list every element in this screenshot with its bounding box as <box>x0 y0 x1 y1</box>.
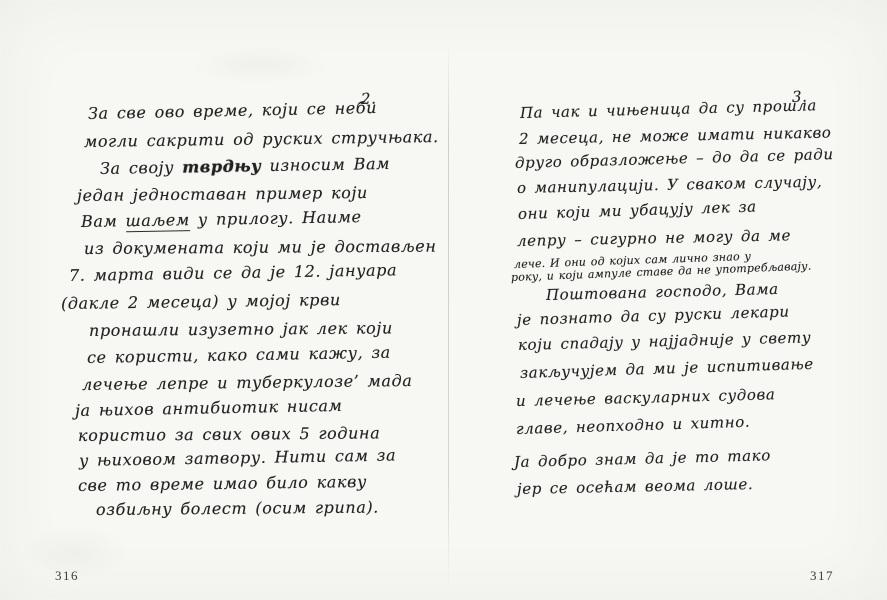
handwritten-line: о манипулацији. У сваком случају, <box>517 173 823 197</box>
handwritten-line: све то време имао било какву <box>78 472 367 495</box>
handwritten-line: користио за свих ових 5 година <box>78 423 380 445</box>
overwritten-word: тврдњу <box>182 156 261 176</box>
handwritten-line: За своју тврдњу износим Вам <box>100 154 390 178</box>
handwritten-line: 7. марта види се да је 12. јануара <box>69 260 398 285</box>
handwritten-line: главе, неопходно и хитно. <box>516 413 751 438</box>
handwritten-line: закључујем да ми је испитивање <box>520 355 814 382</box>
handwritten-line: пронашли изузетно јак лек који <box>89 318 393 340</box>
handwritten-line: лепру – сигурно не могу да ме <box>517 226 791 250</box>
handwritten-line: у њиховом затвору. Нити сам за <box>79 445 396 470</box>
page-gutter-crease <box>448 42 449 590</box>
underlined-word: шаљем <box>125 210 190 232</box>
left-folio-number: 316 <box>55 568 79 584</box>
handwritten-line: (дакле 2 месеца) у мојој крви <box>61 290 341 313</box>
handwritten-line: ја њихов антибиотик нисам <box>75 396 343 420</box>
handwritten-line: 2 месеца, не може имати никакво <box>519 123 832 148</box>
handwritten-line: из докумената који ми је достављен <box>84 237 437 258</box>
handwritten-line: они који ми убацују лек за <box>518 198 757 223</box>
handwritten-line: се користи, како сами кажу, за <box>87 343 391 367</box>
handwritten-line: је познато да су руски лекари <box>517 302 790 329</box>
handwritten-line: јер се осећам веома лоше. <box>517 475 754 498</box>
handwritten-line: Поштована господо, Вама <box>546 280 779 304</box>
handwritten-line: који спадају у најјадније у свету <box>518 328 812 354</box>
line-text: у прилогу. Наиме <box>190 207 362 229</box>
line-text: Вам <box>81 211 126 231</box>
handwritten-line: и лечење васкуларних судова <box>516 385 776 410</box>
line-text: За своју <box>100 158 183 178</box>
handwritten-line: друго образложење – до да се ради <box>515 145 834 172</box>
line-text: износим Вам <box>261 154 390 175</box>
handwritten-line: могли сакрити од руских стручњака. <box>84 127 439 151</box>
scanned-book-spread: 2. За све ово време, који се неби могли … <box>0 0 887 600</box>
handwritten-line: За све ово време, који се неби <box>88 98 377 123</box>
handwritten-line: озбиљну болест (осим грипа). <box>96 498 379 519</box>
handwritten-line: један једноставан пример који <box>77 183 368 205</box>
handwritten-line: Ја добро знам да је то тако <box>514 446 771 471</box>
handwritten-line: Вам шаљем у прилогу. Наиме <box>81 207 362 231</box>
scan-smudge <box>190 45 330 85</box>
right-folio-number: 317 <box>810 568 834 584</box>
handwritten-line: Па чак и чињеница да су прошла <box>520 96 817 122</box>
handwritten-line: лечење лепре и туберкулозе’ мада <box>82 371 413 394</box>
